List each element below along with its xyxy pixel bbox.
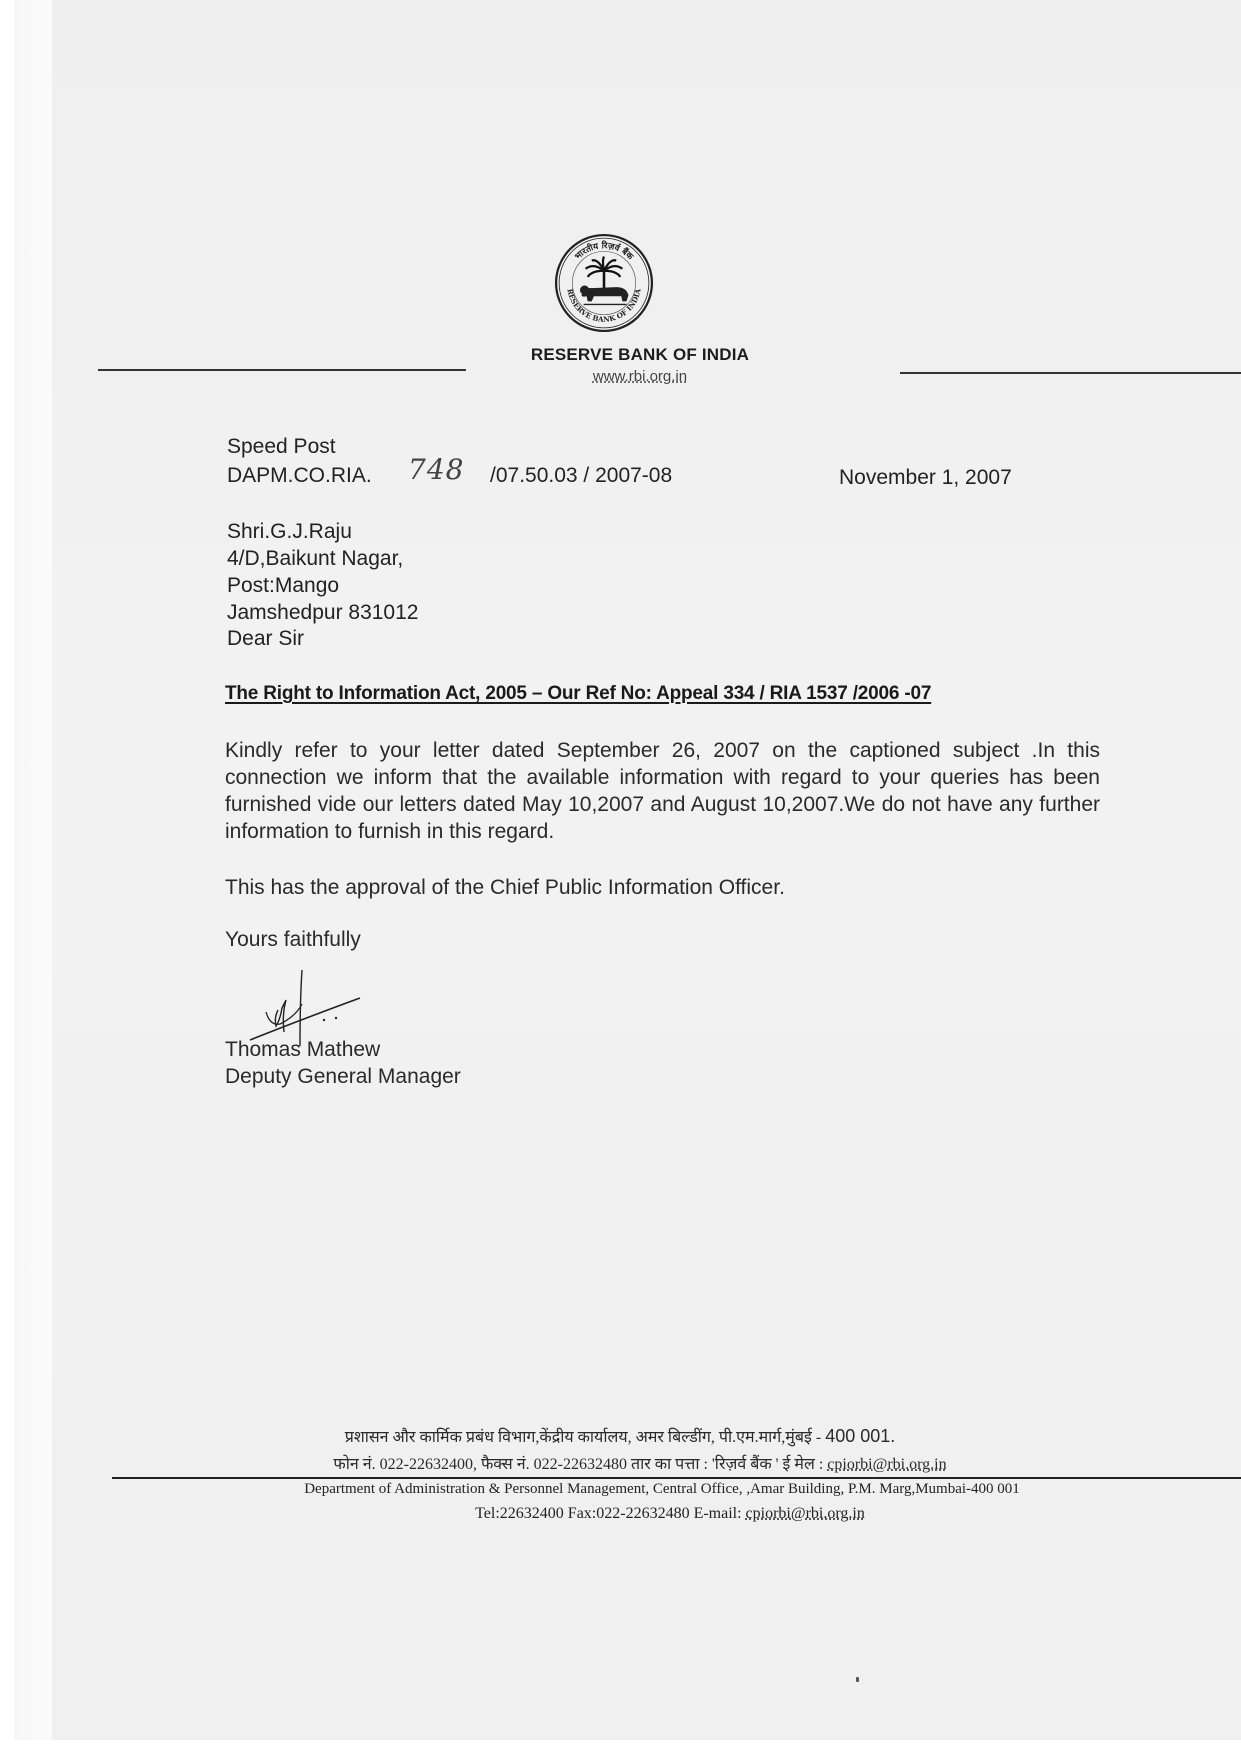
header-rule-left: [98, 369, 466, 371]
footer-hindi-contact-text: फोन नं. 022-22632400, फैक्स नं. 022-2263…: [333, 1456, 823, 1473]
footer-hindi-address: प्रशासन और कार्मिक प्रबंध विभाग,केंद्रीय…: [260, 1425, 980, 1447]
footer-english-contact-text: Tel:22632400 Fax:022-22632480 E-mail:: [475, 1505, 741, 1522]
footer-hindi-email-link[interactable]: cpiorbi@rbi.org.in: [827, 1456, 946, 1473]
signatory-title: Deputy General Manager: [225, 1065, 461, 1089]
scan-edge: [14, 0, 52, 1740]
signatory-name: Thomas Mathew: [225, 1038, 380, 1062]
recipient-address-line: Post:Mango: [227, 572, 418, 599]
reference-prefix: DAPM.CO.RIA.: [227, 462, 372, 489]
rbi-seal-icon: भारतीय रिज़र्व बैंक RESERVE BANK OF INDI…: [553, 232, 655, 334]
footer-rule: [112, 1477, 1241, 1479]
handwritten-signature-icon: [240, 960, 410, 1050]
footer-english-address: Department of Administration & Personnel…: [262, 1481, 1062, 1498]
reference-suffix: /07.50.03 / 2007-08: [490, 462, 672, 489]
approval-line: This has the approval of the Chief Publi…: [225, 876, 785, 900]
footer-hindi-address-text: प्रशासन और कार्मिक प्रबंध विभाग,केंद्रीय…: [345, 1429, 821, 1446]
closing: Yours faithfully: [225, 928, 361, 952]
footer-hindi-pincode: 400 001.: [825, 1426, 895, 1446]
scan-speck: [856, 1677, 859, 1682]
subject-line: The Right to Information Act, 2005 – Our…: [225, 683, 931, 705]
delivery-mode: Speed Post: [227, 433, 336, 460]
header-rule-right: [900, 372, 1241, 374]
letter-date: November 1, 2007: [839, 464, 1012, 491]
recipient-address-line: 4/D,Baikunt Nagar,: [227, 545, 418, 572]
body-paragraph: Kindly refer to your letter dated Septem…: [225, 737, 1100, 845]
recipient-address: Shri.G.J.Raju 4/D,Baikunt Nagar, Post:Ma…: [227, 518, 418, 626]
bank-name: RESERVE BANK OF INDIA: [510, 345, 770, 365]
footer-english-contact: Tel:22632400 Fax:022-22632480 E-mail: cp…: [350, 1505, 990, 1523]
bank-website-link[interactable]: www.rbi.org.in: [560, 368, 720, 385]
footer-english-email-link[interactable]: cpiorbi@rbi.org.in: [746, 1505, 865, 1522]
recipient-address-line: Jamshedpur 831012: [227, 599, 418, 626]
footer-hindi-contact: फोन नं. 022-22632400, फैक्स नं. 022-2263…: [260, 1452, 1020, 1474]
salutation: Dear Sir: [227, 625, 304, 652]
reference-handwritten-number: 748: [408, 453, 464, 486]
recipient-name: Shri.G.J.Raju: [227, 518, 418, 545]
